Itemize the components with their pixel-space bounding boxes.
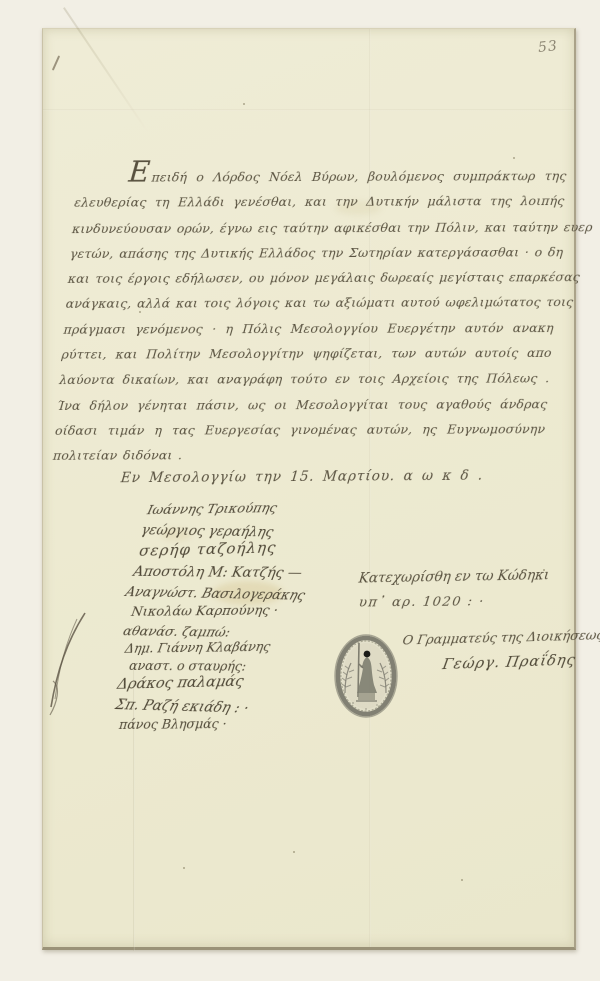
body-line: Ίνα δήλον γένηται πάσιν, ως οι Μεσολογγί…: [56, 391, 548, 418]
secretary-title: Ο Γραμματεύς της Διοικήσεως: [401, 628, 600, 648]
signature: Νικολάω Καρπούνης ·: [130, 603, 333, 624]
signature: Αποστόλη Μ: Κατζής —: [131, 564, 333, 587]
folio-number: 53: [537, 38, 558, 56]
paper-speck: [293, 851, 295, 853]
body-line: Επειδή ο Λόρδος Νόελ Βύρων, βουλόμενος σ…: [75, 158, 568, 190]
body-line: κινδυνεύουσαν ορών, έγνω εις ταύτην αφικ…: [71, 214, 563, 241]
body-line: ελευθερίας τη Ελλάδι γενέσθαι, και την Δ…: [73, 188, 565, 215]
document-body: Επειδή ο Λόρδος Νόελ Βύρων, βουλόμενος σ…: [52, 158, 568, 468]
paper-speck: [461, 879, 463, 881]
body-line: και τοις έργοις εδήλωσεν, ου μόνον μεγάλ…: [67, 264, 559, 291]
body-line: οίδασι τιμάν η τας Ευεργεσίας γινομένας …: [54, 416, 546, 443]
body-line: γετών, απάσης της Δυτικής Ελλάδος την Σω…: [69, 239, 561, 266]
pen-flourish-icon: [47, 611, 93, 721]
body-line: πράγμασι γενόμενος · η Πόλις Μεσολογγίου…: [63, 315, 555, 342]
signature: Ιωάννης Τρικούπης: [145, 500, 334, 522]
secretary-signature: Γεώργ. Πραΐδης: [441, 653, 577, 674]
photo-background: 53 Επειδή ο Λόρδος Νόελ Βύρων, βουλόμενο…: [0, 0, 600, 981]
corner-crease: [63, 7, 148, 132]
dateline: Εν Μεσολογγίω την 15. Μαρτίου. α ω κ δ .: [120, 468, 484, 487]
signature: πάνος Βλησμάς ·: [118, 715, 332, 735]
body-line: λαύοντα δικαίων, και αναγράφη τούτο εν τ…: [58, 366, 550, 393]
body-line: ρύττει, και Πολίτην Μεσολογγίτην ψηφίζετ…: [60, 340, 552, 367]
body-line: πολιτείαν διδόναι .: [52, 441, 544, 468]
signature: Δράκος παλαμάς: [115, 672, 334, 697]
document-paper: 53 Επειδή ο Λόρδος Νόελ Βύρων, βουλόμενο…: [42, 28, 576, 950]
paper-speck: [183, 867, 185, 869]
oval-ink-stamp-icon: [333, 633, 399, 719]
signature: Δημ. Γιάννη Κλαβάνης: [123, 638, 333, 658]
signature: σερήφ ταζοήλης: [138, 537, 333, 564]
signature-block: Ιωάννης Τρικούπης γεώργιος γεραήλης σερή…: [101, 503, 331, 735]
body-line: ανάγκαις, αλλά και τοις λόγοις και τω αξ…: [65, 290, 557, 317]
pen-mark: [52, 55, 60, 70]
horizontal-fold-crease: [43, 109, 574, 111]
registration-note-line1: Κατεχωρίσθη εν τω Κώδηκι: [358, 567, 550, 586]
registration-note-line2: υπ᾽ αρ. 1020 : ·: [358, 594, 486, 610]
paper-speck: [243, 103, 245, 105]
